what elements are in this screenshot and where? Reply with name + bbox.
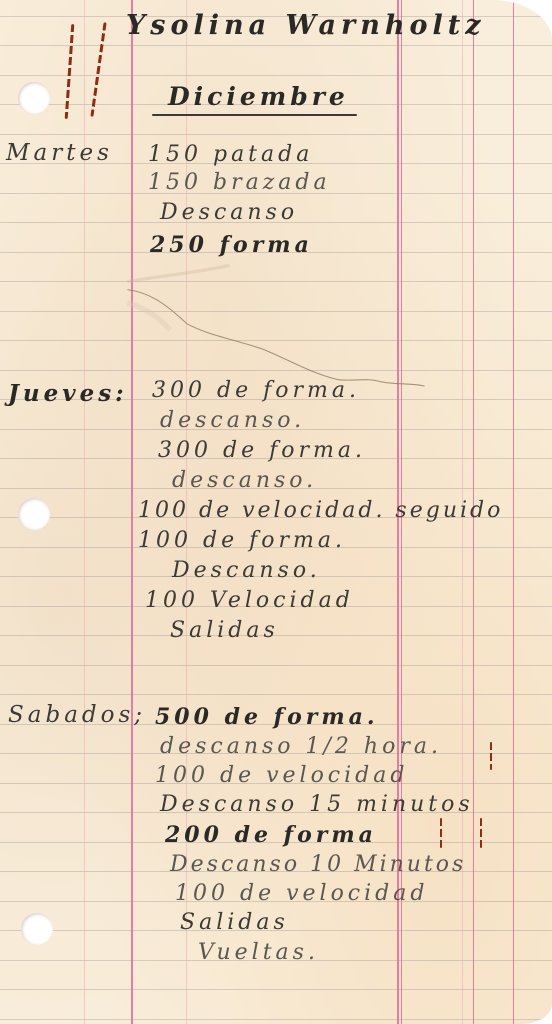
entry: Vueltas. [198, 940, 319, 965]
entry: 200 de forma [165, 822, 377, 848]
red-ink-mark [490, 742, 492, 770]
entry: Descanso. [172, 558, 321, 583]
day-label: Jueves: [8, 380, 128, 407]
red-ink-mark [480, 818, 482, 848]
day-label: Sabados; [8, 702, 146, 728]
binder-hole [18, 498, 50, 530]
entry: 500 de forma. [155, 704, 379, 730]
entry: 250 forma [150, 232, 313, 258]
entry: Descanso 10 Minutos [170, 852, 466, 877]
entry: 100 Velocidad [145, 588, 354, 613]
rule-line [0, 134, 552, 135]
entry: Salidas [180, 910, 289, 935]
rule-line [0, 665, 552, 666]
entry: descanso 1/2 hora. [160, 734, 442, 759]
binder-hole [21, 913, 53, 945]
red-ink-mark [440, 818, 442, 848]
entry: Descanso [160, 200, 298, 225]
month-underline [152, 114, 357, 116]
rule-line [0, 311, 552, 312]
entry: Descanso 15 minutos [160, 792, 474, 817]
entry: 300 de forma. [158, 438, 366, 463]
binder-hole [18, 82, 50, 114]
month-title: Diciembre [168, 82, 349, 111]
notebook-page: Ysolina Warnholtz Diciembre Martes 150 p… [0, 0, 552, 1024]
entry: descanso. [172, 468, 317, 493]
student-name: Ysolina Warnholtz [126, 10, 486, 41]
entry: 150 brazada [148, 170, 331, 195]
rule-line [0, 370, 552, 371]
entry: Salidas [170, 618, 279, 643]
red-ink-mark [90, 22, 106, 116]
entry: 100 de forma. [138, 528, 346, 553]
rule-line [0, 281, 552, 282]
rule-line [0, 340, 552, 341]
entry: 100 de velocidad [175, 881, 428, 906]
left-margin-line [131, 0, 133, 1024]
entry: 100 de velocidad [155, 763, 408, 788]
entry: descanso. [160, 408, 305, 433]
entry: 100 de velocidad. seguido [138, 498, 503, 523]
day-label: Martes [6, 140, 113, 166]
rule-line [0, 989, 552, 990]
entry: 150 patada [148, 142, 313, 167]
column-line [513, 0, 514, 1024]
rule-line [0, 75, 552, 76]
rule-line [0, 694, 552, 695]
entry: 300 de forma. [152, 378, 360, 403]
rule-line [0, 1019, 552, 1020]
rule-line [0, 45, 552, 46]
